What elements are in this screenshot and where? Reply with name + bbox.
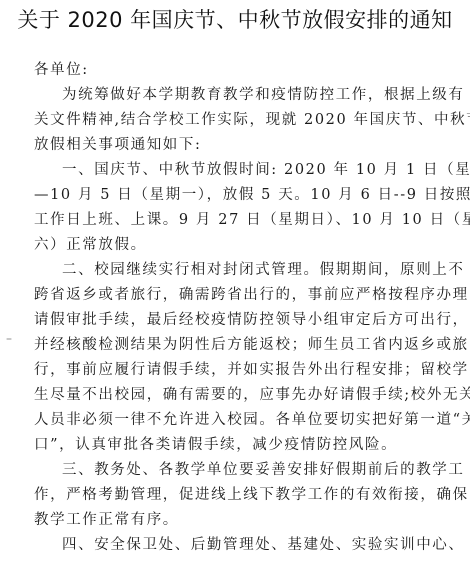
paragraph-line: 六）正常放假。 bbox=[34, 233, 430, 258]
paragraph-line: 放假相关事项通知如下: bbox=[34, 133, 430, 158]
paragraph-line: 口”，认真审批各类请假手续，减少疫情防控风险。 bbox=[34, 433, 430, 458]
paragraph-line: —10 月 5 日（星期一），放假 5 天。10 月 6 日--9 日按照正常 bbox=[34, 183, 430, 208]
paragraph-line: 作，严格考勤管理，促进线上线下教学工作的有效衔接，确保 bbox=[34, 483, 430, 508]
paragraph-line: 四、安全保卫处、后勤管理处、基建处、实验实训中心、 bbox=[34, 533, 430, 558]
document-body: 各单位: 为统筹做好本学期教育教学和疫情防控工作，根据上级有 关文件精神,结合学… bbox=[34, 58, 430, 558]
paragraph-line: 关文件精神,结合学校工作实际，现就 2020 年国庆节、中秋节 bbox=[34, 108, 430, 133]
paragraph-line: 并经核酸检测结果为阴性后方能返校；师生员工省内返乡或旅 bbox=[34, 333, 430, 358]
paragraph-line: 二、校园继续实行相对封闭式管理。假期期间，原则上不 bbox=[34, 258, 430, 283]
paragraph-line: 一、国庆节、中秋节放假时间: 2020 年 10 月 1 日（星期四） bbox=[34, 158, 430, 183]
salutation: 各单位: bbox=[34, 58, 430, 83]
margin-mark bbox=[7, 338, 12, 343]
paragraph-line: 三、教务处、各教学单位要妥善安排好假期前后的教学工 bbox=[34, 458, 430, 483]
paragraph-line: 跨省返乡或者旅行，确需跨省出行的，事前应严格按程序办理 bbox=[34, 283, 430, 308]
document-title: 关于 2020 年国庆节、中秋节放假安排的通知 bbox=[0, 4, 470, 36]
paragraph-line: 行，事前应履行请假手续，并如实报告外出行程安排；留校学 bbox=[34, 358, 430, 383]
paragraph-line: 工作日上班、上课。9 月 27 日（星期日）、10 月 10 日（星期 bbox=[34, 208, 430, 233]
paragraph-line: 请假审批手续，最后经校疫情防控领导小组审定后方可出行， bbox=[34, 308, 430, 333]
paragraph-line: 教学工作正常有序。 bbox=[34, 508, 430, 533]
paragraph-line: 为统筹做好本学期教育教学和疫情防控工作，根据上级有 bbox=[34, 83, 430, 108]
paragraph-line: 人员非必须一律不允许进入校园。各单位要切实把好第一道“关 bbox=[34, 408, 430, 433]
paragraph-line: 生尽量不出校园，确有需要的，应事先办好请假手续;校外无关 bbox=[34, 383, 430, 408]
